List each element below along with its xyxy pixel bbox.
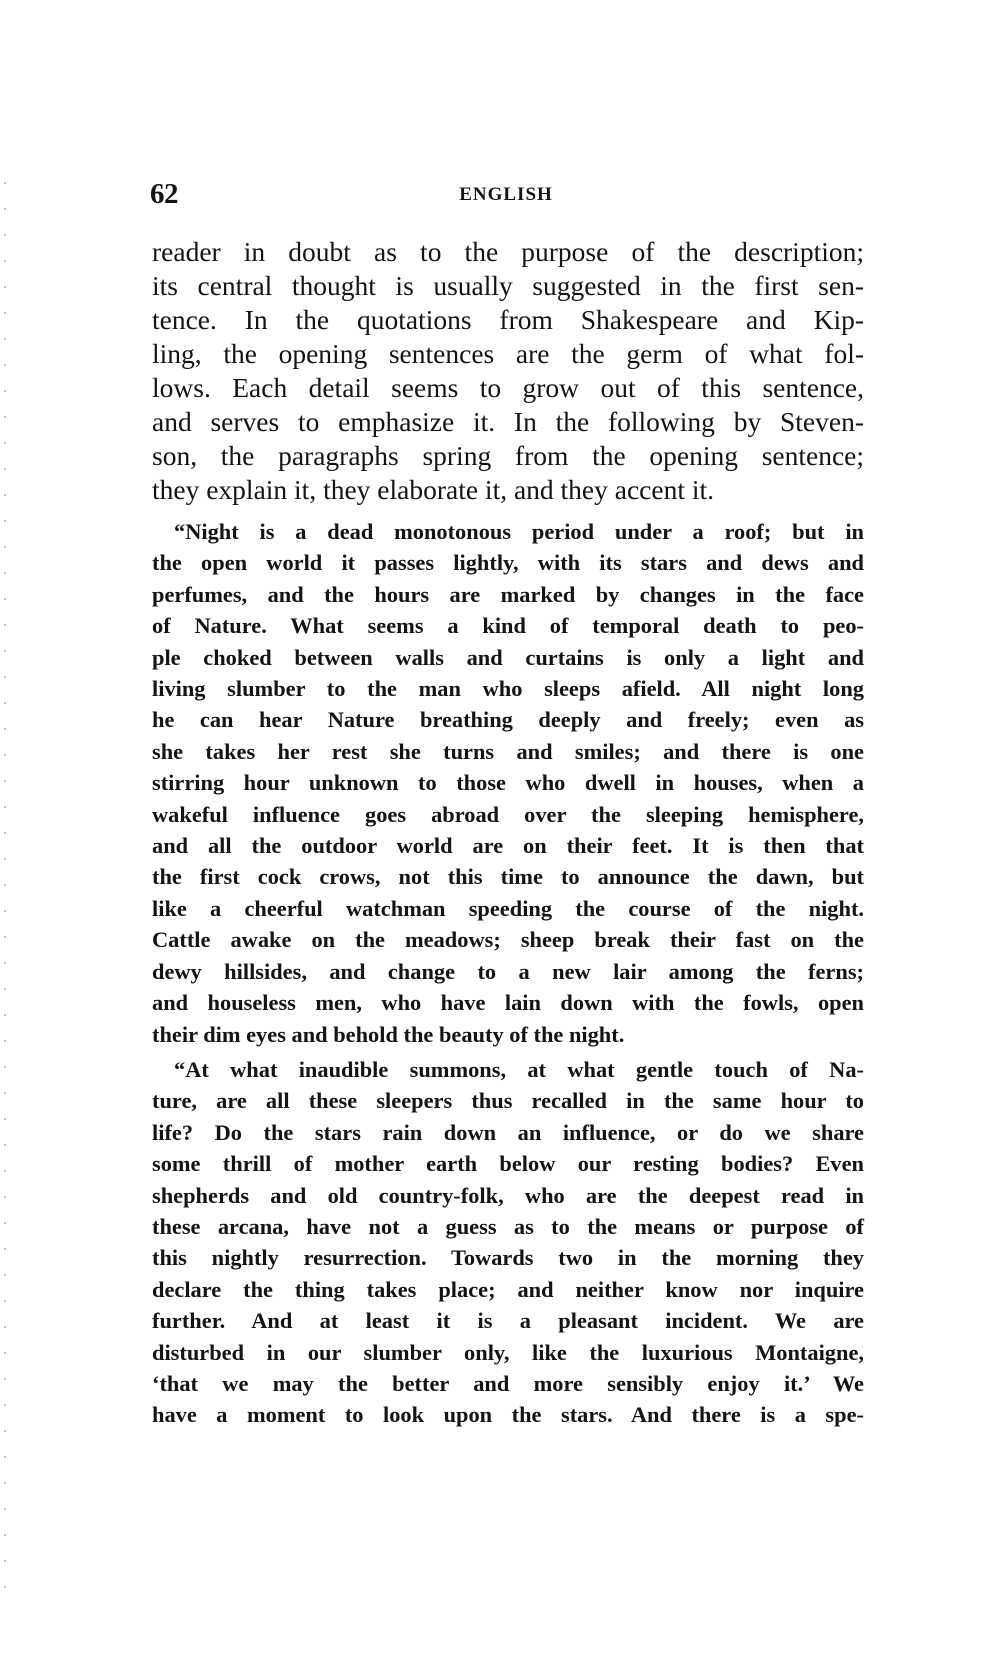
- text-line: “At what inaudible summons, at what gent…: [152, 1054, 864, 1085]
- text-line: of Nature. What seems a kind of temporal…: [152, 610, 864, 641]
- quote-paragraph-2: “At what inaudible summons, at what gent…: [152, 1054, 864, 1431]
- text-line: further. And at least it is a pleasant i…: [152, 1305, 864, 1336]
- text-line: they explain it, they elaborate it, and …: [152, 473, 864, 507]
- book-page: 62 ENGLISH reader in doubt as to the pur…: [0, 0, 1000, 1667]
- text-line: and houseless men, who have lain down wi…: [152, 987, 864, 1018]
- text-line: ture, are all these sleepers thus recall…: [152, 1085, 864, 1116]
- text-line: “Night is a dead monotonous period under…: [152, 516, 864, 547]
- text-line: have a moment to look upon the stars. An…: [152, 1399, 864, 1430]
- text-line: ling, the opening sentences are the germ…: [152, 337, 864, 371]
- body-text: reader in doubt as to the purpose of the…: [152, 235, 864, 1431]
- running-head: 62 ENGLISH: [150, 178, 862, 214]
- text-line: he can hear Nature breathing deeply and …: [152, 704, 864, 735]
- text-line: their dim eyes and behold the beauty of …: [152, 1019, 864, 1050]
- text-line: stirring hour unknown to those who dwell…: [152, 767, 864, 798]
- text-line: reader in doubt as to the purpose of the…: [152, 235, 864, 269]
- text-line: and serves to emphasize it. In the follo…: [152, 405, 864, 439]
- text-line: the first cock crows, not this time to a…: [152, 861, 864, 892]
- text-line: living slumber to the man who sleeps afi…: [152, 673, 864, 704]
- text-line: life? Do the stars rain down an influenc…: [152, 1117, 864, 1148]
- text-line: its central thought is usually suggested…: [152, 269, 864, 303]
- text-line: son, the paragraphs spring from the open…: [152, 439, 864, 473]
- quote-paragraph-1: “Night is a dead monotonous period under…: [152, 516, 864, 1050]
- text-line: she takes her rest she turns and smiles;…: [152, 736, 864, 767]
- text-line: some thrill of mother earth below our re…: [152, 1148, 864, 1179]
- text-line: declare the thing takes place; and neith…: [152, 1274, 864, 1305]
- text-line: this nightly resurrection. Towards two i…: [152, 1242, 864, 1273]
- text-line: tence. In the quotations from Shakespear…: [152, 303, 864, 337]
- text-line: and all the outdoor world are on their f…: [152, 830, 864, 861]
- text-line: disturbed in our slumber only, like the …: [152, 1337, 864, 1368]
- text-line: dewy hillsides, and change to a new lair…: [152, 956, 864, 987]
- text-line: these arcana, have not a guess as to the…: [152, 1211, 864, 1242]
- running-title: ENGLISH: [150, 184, 862, 206]
- text-line: wakeful influence goes abroad over the s…: [152, 799, 864, 830]
- text-line: like a cheerful watchman speeding the co…: [152, 893, 864, 924]
- text-line: shepherds and old country-folk, who are …: [152, 1180, 864, 1211]
- text-line: the open world it passes lightly, with i…: [152, 547, 864, 578]
- scan-edge-noise: [4, 170, 6, 1590]
- text-line: lows. Each detail seems to grow out of t…: [152, 371, 864, 405]
- text-line: ple choked between walls and curtains is…: [152, 642, 864, 673]
- text-line: perfumes, and the hours are marked by ch…: [152, 579, 864, 610]
- text-line: ‘that we may the better and more sensibl…: [152, 1368, 864, 1399]
- intro-paragraph: reader in doubt as to the purpose of the…: [152, 235, 864, 507]
- text-line: Cattle awake on the meadows; sheep break…: [152, 924, 864, 955]
